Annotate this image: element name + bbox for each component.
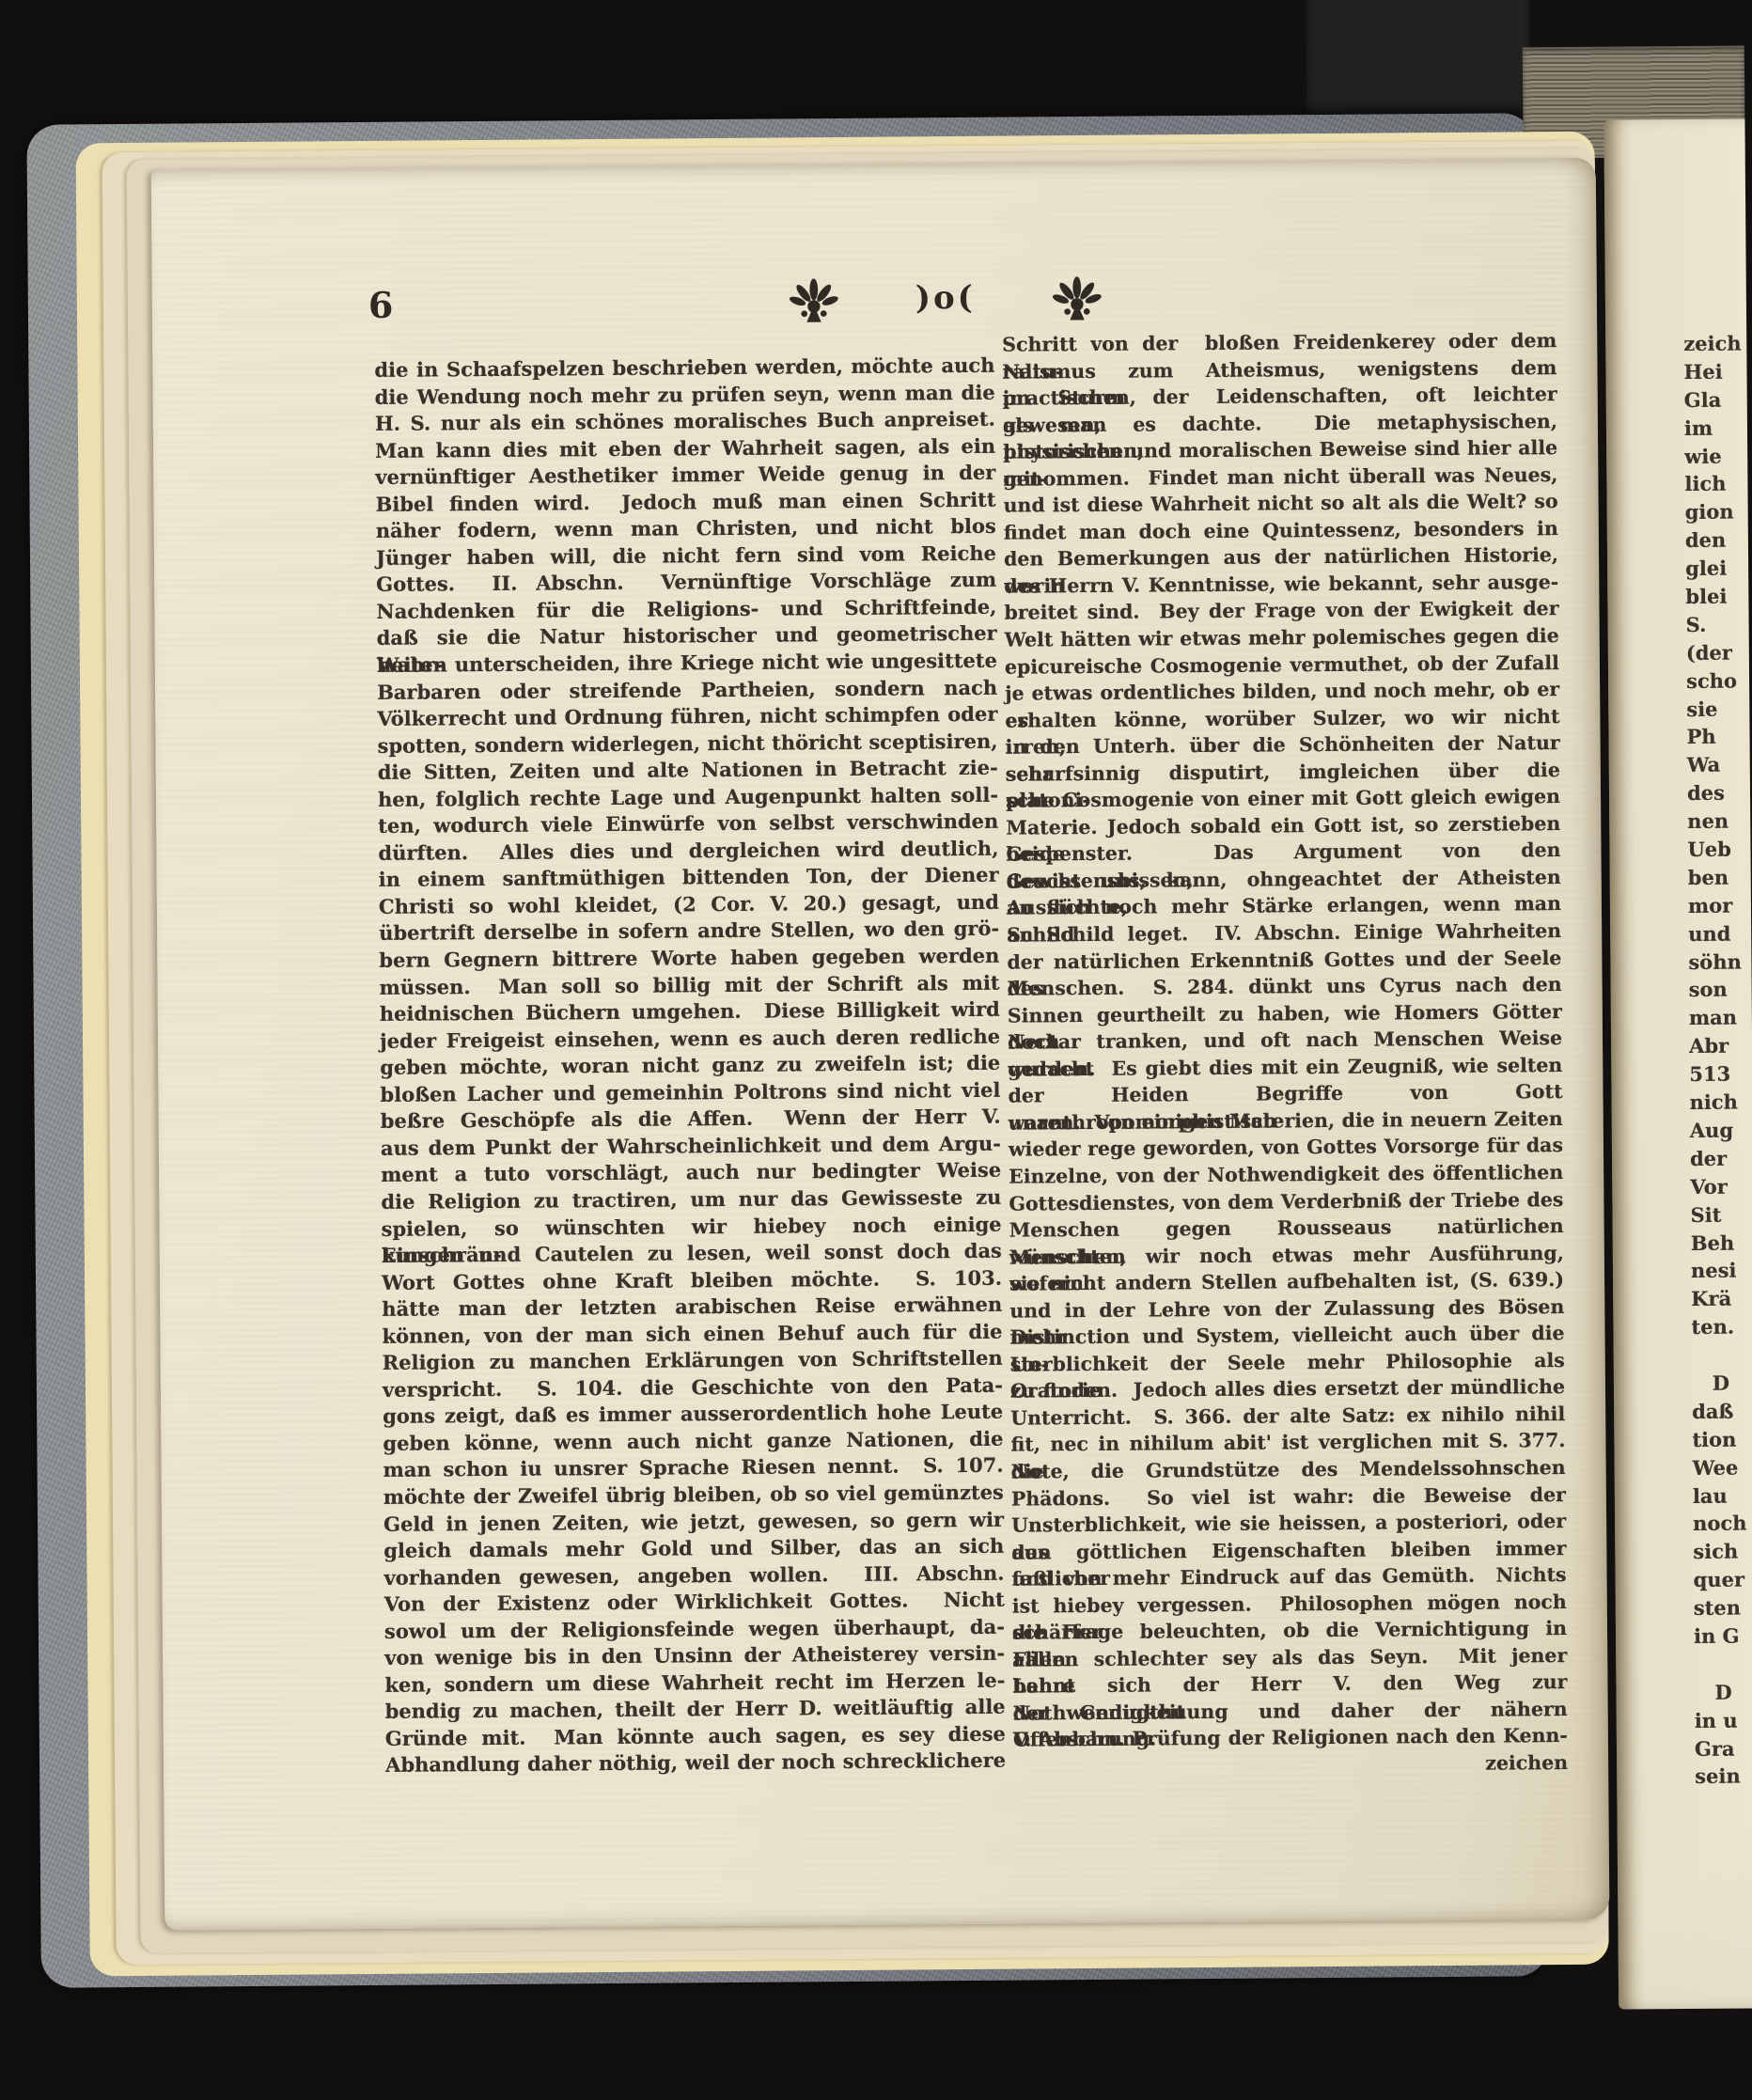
text-column-right: Schritt von der bloßen Freidenkerey oder… [1002,327,1568,1780]
text-line: lau [1693,1481,1752,1511]
text-line: Wee [1693,1453,1752,1482]
text-line: mor [1688,891,1752,920]
text-line: der natürlichen Erkenntniß Gottes und de… [1007,945,1561,976]
text-line: den [1685,525,1752,555]
text-line: Abhandlung daher nöthig, weil der noch s… [385,1747,1006,1779]
book-board-edge [1306,0,1530,117]
text-line: söhn [1688,948,1752,977]
text-line: den göttlichen Eigenschaften bleiben imm… [1011,1535,1566,1566]
text-line: Materie. Jedoch sobald ein Gott ist, so … [1006,810,1560,841]
text-line: sie [1686,695,1752,724]
text-line: tion [1692,1425,1752,1454]
text-line: sche Cosmogenie von einer mit Gott gleic… [1006,783,1560,814]
text-line: im [1684,414,1752,443]
text-line: Distinction und System, vielleicht auch … [1009,1320,1564,1351]
text-line: der Heiden Begriffe von Gott unanthropom… [1008,1078,1562,1109]
shell-fleuron-icon [790,274,838,324]
text-line: sterblichkeit der Seele mehr Philosophie… [1010,1347,1565,1378]
text-line: nesi [1691,1257,1752,1286]
text-line: in u [1695,1706,1752,1735]
text-line: kungen und Cautelen zu lesen, weil sonst… [382,1238,1002,1270]
text-line: ralismus zum Atheismus, wenigstens dem p… [1002,354,1556,385]
text-line: 513 [1689,1059,1752,1089]
text-line: Menschen gegen Rousseaus natürlichen Men… [1009,1213,1564,1244]
text-line: als man es dachte. Die metaphysischen, h… [1003,408,1557,439]
text-line: sten [1694,1593,1752,1622]
text-line: ten. [1691,1312,1752,1341]
book-scan: zeichHeiGlaimwielichgiondengleibleiS.(de… [0,0,1752,2100]
text-line: Wa [1687,751,1752,780]
text-line: Aug [1690,1116,1752,1145]
text-line: ben [1688,863,1752,892]
text-line: D [1692,1369,1752,1398]
text-line: waren. Von einigen Materien, die in neue… [1009,1105,1563,1136]
text-line: Schritt von der bloßen Freidenkerey oder… [1002,327,1556,358]
text-line: scho [1686,666,1752,696]
text-line: Ph [1686,723,1752,752]
text-line: physischen und moralischen Beweise sind … [1003,434,1557,465]
text-line: H. S. nur als ein schönes moralisches Bu… [375,406,995,438]
text-line: deucht uns, kann, ohngeachtet der Atheis… [1007,864,1561,895]
text-column-right-lines: Schritt von der bloßen Freidenkerey oder… [1002,327,1568,1754]
text-line: an sich noch mehr Stärke erlangen, wenn … [1007,891,1561,922]
text-line: Hei [1683,357,1752,386]
text-line: heiten unterscheiden, ihre Kriege nicht … [377,648,997,680]
text-line: des [1687,779,1752,808]
page-number: 6 [368,284,394,326]
text-line: S. [1685,610,1752,639]
text-line: sich [1693,1538,1752,1567]
text-line: gion [1685,498,1752,527]
text-line: Gespenster. Das Argument von den Gewisse… [1006,837,1560,868]
text-line: daß [1692,1397,1752,1426]
next-page-text-fragments: zeichHeiGlaimwielichgiondengleibleiS.(de… [1683,329,1752,1791]
text-line: Vor [1690,1172,1752,1201]
text-line: lich [1684,470,1752,499]
text-line: den Bemerkungen aus der natürlichen Hist… [1004,541,1558,572]
text-line: in G [1694,1622,1752,1651]
text-line: und ist diese Wahrheit nicht so alt als … [1003,488,1557,519]
text-line: im Sturm der Leidenschaften, oft leichte… [1003,381,1557,412]
text-line: glei [1685,554,1752,583]
text-line: sein [1695,1763,1752,1792]
text-line: bahnt sich der Herr V. den Weg zur Nothw… [1012,1669,1567,1700]
text-line: wieder rege geworden, von Gottes Vorsorg… [1009,1132,1563,1163]
text-line: die Frage beleuchten, ob die Vernichtigu… [1012,1615,1567,1646]
text-line: Unterricht. S. 366. der alte Satz: ex ni… [1010,1401,1565,1432]
text-line: Gra [1695,1734,1752,1763]
text-line: Fällen schlechter sey als das Seyn. Mit … [1012,1642,1567,1673]
text-line: findet man doch eine Quintessenz, besond… [1004,515,1558,546]
text-line: breitet sind. Bey der Frage von der Ewig… [1004,595,1558,626]
text-line: zeich [1683,329,1752,358]
text-line: Nectar tranken, und oft nach Menschen We… [1008,1025,1562,1056]
text-line: wurden. Es giebt dies mit ein Zeugniß, w… [1008,1052,1562,1083]
text-line: zu finden. Jedoch alles dies ersetzt der… [1010,1373,1565,1404]
header-signature-mark: )o( [915,279,976,318]
text-line [1692,1340,1752,1370]
text-line: nich [1689,1088,1752,1117]
text-line: D [1694,1678,1752,1707]
text-line: Menschen. S. 284. dünkt uns Cyrus nach d… [1008,971,1562,1002]
text-line: (der [1686,638,1752,667]
text-line: noch [1693,1510,1752,1539]
text-line: der [1690,1144,1752,1173]
text-column-left: die in Schaafspelzen beschrieben werden,… [374,353,1006,1779]
text-line: son [1689,976,1752,1005]
text-line: quer [1693,1565,1752,1594]
text-line: Abr [1689,1032,1752,1061]
text-line: V. Abschn. Prüfung der Religionen nach d… [1013,1722,1568,1753]
text-line: nen [1687,807,1752,836]
text-line: epicureische Cosmogenie vermuthet, ob de… [1005,650,1559,681]
text-line: Welt hätten wir etwas mehr polemisches g… [1005,622,1559,653]
text-line: wie [1684,442,1752,471]
text-line: die Religion zu tractiren, um nur das Ge… [381,1184,1001,1216]
text-line: möchte der Zweifel übrig bleiben, ob so … [383,1480,1004,1512]
text-line: Phädons. So viel ist wahr: die Beweise d… [1011,1481,1566,1512]
text-line: Beh [1691,1229,1752,1258]
shell-fleuron-icon [1053,272,1102,322]
next-page-partial: zeichHeiGlaimwielichgiondengleibleiS.(de… [1603,118,1752,2009]
text-line: sie nicht andern Stellen aufbehalten ist… [1009,1266,1564,1297]
text-line: man [1689,1004,1752,1033]
text-line: wünschten wir noch etwas mehr Ausführung… [1009,1240,1564,1271]
text-line: bern Gegnern bittrere Worte haben gegebe… [379,943,999,975]
text-line: ist hiebey vergessen. Philosophen mögen … [1012,1589,1567,1620]
text-line: Unsterblichkeit, wie sie heissen, a post… [1011,1508,1566,1539]
text-line: gleich damals mehr Gold und Silber, das … [383,1533,1004,1565]
text-line: Krä [1691,1285,1752,1314]
text-line: je etwas ordentliches bilden, und noch m… [1005,676,1559,707]
text-line: genommen. Findet man nicht überall was N… [1003,462,1557,493]
text-line: Sinnen geurtheilt zu haben, wie Homers G… [1008,998,1562,1029]
text-line: fit, nec in nihilum abit' ist verglichen… [1010,1427,1565,1458]
text-line: scharfsinnig disputirt, imgleichen über … [1006,757,1560,788]
text-line: der Genugthuung und daher der nähern Off… [1013,1696,1568,1727]
text-line: die in Schaafspelzen beschrieben werden,… [374,353,994,384]
text-line: in den Unterh. über die Schönheiten der … [1005,729,1559,760]
text-line: und [1688,919,1752,948]
text-line: und von mehr Eindruck auf das Gemüth. Ni… [1011,1561,1566,1592]
text-line [1694,1650,1752,1679]
text-line: Einzelne, von der Nothwendigkeit des öff… [1009,1159,1563,1190]
text-line: und in der Lehre von der Zulassung des B… [1009,1293,1564,1324]
text-line: Sit [1690,1200,1752,1230]
text-line: Gottesdienstes, von dem Verderbniß der T… [1009,1186,1563,1217]
catchword: zeichen [1013,1749,1568,1780]
text-line: blei [1685,582,1752,611]
header-ornaments: )o( [790,269,1102,328]
text-line: an Schild leget. IV. Abschn. Einige Wahr… [1007,917,1561,948]
text-line: Ueb [1687,835,1752,864]
text-line: Gla [1684,385,1752,415]
text-line: erhalten könne, worüber Sulzer, wo wir n… [1005,703,1559,734]
text-line: des Herrn V. Kenntnisse, wie bekannt, se… [1004,569,1558,600]
text-line: Note, die Grundstütze des Mendelssohnsch… [1011,1454,1566,1485]
